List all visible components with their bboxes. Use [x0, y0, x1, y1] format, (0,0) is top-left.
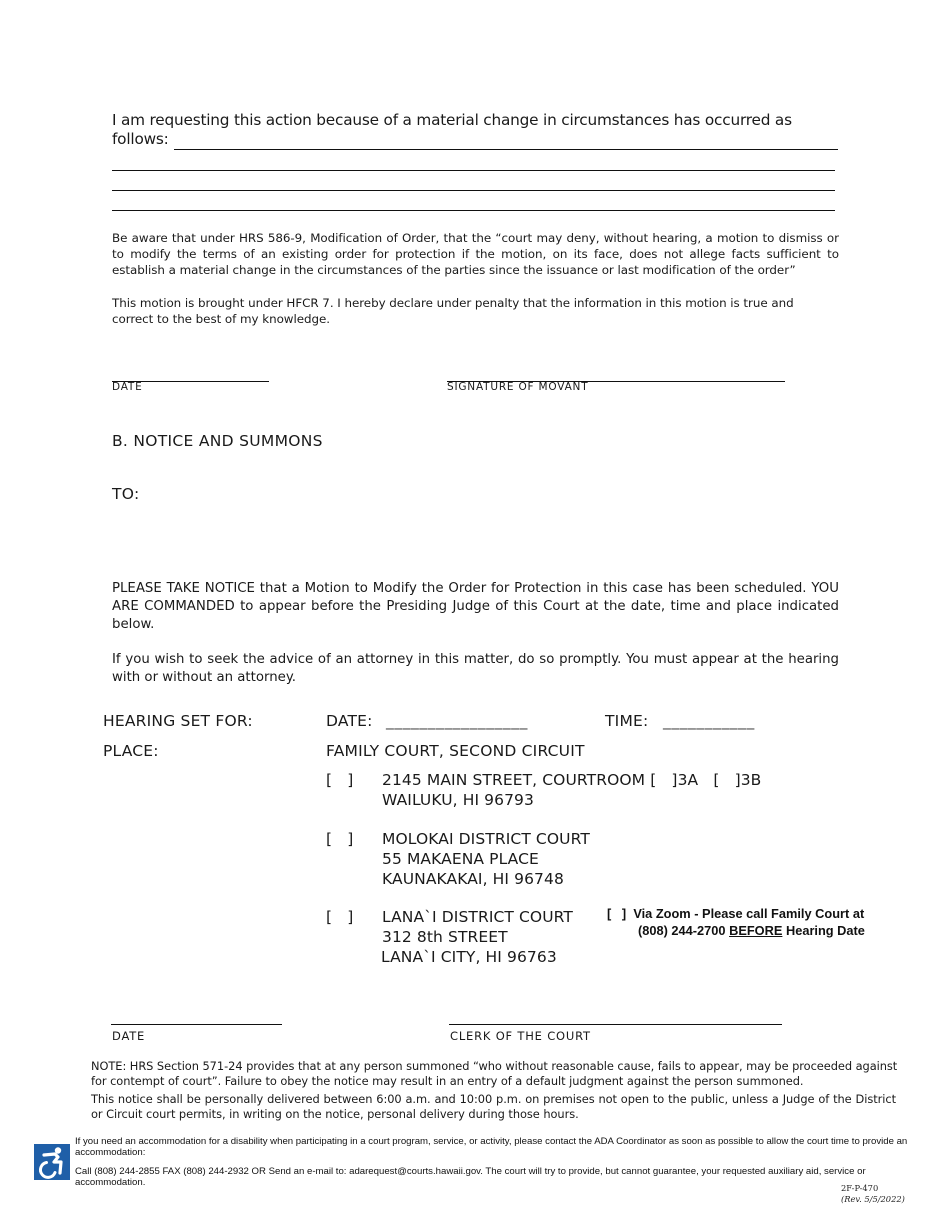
attorney-advice-text: If you wish to seek the advice of an att…	[112, 651, 839, 687]
location-molokai: MOLOKAI DISTRICT COURT 55 MAKAENA PLACE …	[382, 829, 590, 889]
location-molokai-checkbox[interactable]: [ ]	[326, 829, 353, 849]
circumstances-field-line-2[interactable]	[112, 170, 835, 171]
ada-contact-text: Call (808) 244-2855 FAX (808) 244-2932 O…	[75, 1166, 920, 1188]
request-intro-line1: I am requesting this action because of a…	[112, 111, 838, 130]
courtroom-3a-checkbox[interactable]: [ ]	[650, 771, 677, 789]
hearing-time-label: TIME:	[605, 711, 648, 731]
accessibility-wheelchair-icon	[34, 1144, 70, 1180]
hrs-586-9-warning: Be aware that under HRS 586-9, Modificat…	[112, 230, 839, 278]
courtroom-3a-label: 3A	[678, 771, 699, 789]
circumstances-field-line-4[interactable]	[112, 210, 835, 211]
hearing-date-field[interactable]: _________________	[386, 711, 528, 731]
zoom-option-checkbox[interactable]: [ ]	[607, 906, 633, 921]
court-name: FAMILY COURT, SECOND CIRCUIT	[326, 741, 585, 761]
place-label: PLACE:	[103, 741, 159, 761]
delivery-note: This notice shall be personally delivere…	[91, 1092, 896, 1122]
circumstances-field-line-1[interactable]	[174, 149, 838, 150]
ada-accommodation-text: If you need an accommodation for a disab…	[75, 1136, 915, 1158]
location-lanai-checkbox[interactable]: [ ]	[326, 907, 353, 927]
notice-text: PLEASE TAKE NOTICE that a Motion to Modi…	[112, 580, 839, 634]
hearing-time-field[interactable]: ___________	[663, 711, 755, 731]
clerk-date-field[interactable]	[111, 1024, 282, 1025]
movant-signature-label: SIGNATURE OF MOVANT	[447, 381, 588, 393]
clerk-date-label: DATE	[112, 1029, 145, 1043]
location-lanai: LANA`I DISTRICT COURT 312 8th STREET LAN…	[382, 907, 573, 967]
hearing-set-for-label: HEARING SET FOR:	[103, 711, 253, 731]
declaration-text: This motion is brought under HFCR 7. I h…	[112, 295, 828, 327]
form-revision: (Rev. 5/5/2022)	[841, 1194, 905, 1205]
location-lanai-street: 312 8th STREET	[382, 927, 573, 947]
location-wailuku: 2145 MAIN STREET, COURTROOM [ ]3A [ ]3B …	[382, 770, 761, 810]
location-lanai-name: LANA`I DISTRICT COURT	[382, 907, 573, 927]
location-molokai-street: 55 MAKAENA PLACE	[382, 849, 590, 869]
location-molokai-name: MOLOKAI DISTRICT COURT	[382, 829, 590, 849]
zoom-phone: (808) 244-2700	[638, 923, 726, 938]
zoom-option: [ ] Via Zoom - Please call Family Court …	[607, 905, 907, 939]
hrs-571-24-note: NOTE: HRS Section 571-24 provides that a…	[91, 1059, 899, 1089]
location-wailuku-street: 2145 MAIN STREET, COURTROOM	[382, 771, 645, 789]
location-lanai-city: LANA`I CITY, HI 96763	[381, 947, 573, 967]
request-intro-line2: follows:	[112, 130, 169, 148]
movant-date-label: DATE	[112, 381, 143, 393]
zoom-before-emphasis: BEFORE	[729, 923, 782, 938]
to-label: TO:	[112, 485, 140, 503]
zoom-option-line1: Via Zoom - Please call Family Court at	[633, 906, 864, 921]
clerk-signature-label: CLERK OF THE COURT	[450, 1029, 591, 1043]
clerk-signature-field[interactable]	[449, 1024, 782, 1025]
location-wailuku-city: WAILUKU, HI 96793	[382, 790, 761, 810]
form-number: 2F-P-470	[841, 1183, 878, 1194]
zoom-tail: Hearing Date	[786, 923, 865, 938]
hearing-date-label: DATE:	[326, 711, 373, 731]
section-b-heading: B. NOTICE AND SUMMONS	[112, 432, 323, 450]
location-wailuku-checkbox[interactable]: [ ]	[326, 770, 353, 790]
courtroom-3b-checkbox[interactable]: [ ]	[703, 771, 740, 789]
request-intro: I am requesting this action because of a…	[112, 111, 838, 149]
location-molokai-city: KAUNAKAKAI, HI 96748	[382, 869, 590, 889]
courtroom-3b-label: 3B	[741, 771, 762, 789]
circumstances-field-line-3[interactable]	[112, 190, 835, 191]
